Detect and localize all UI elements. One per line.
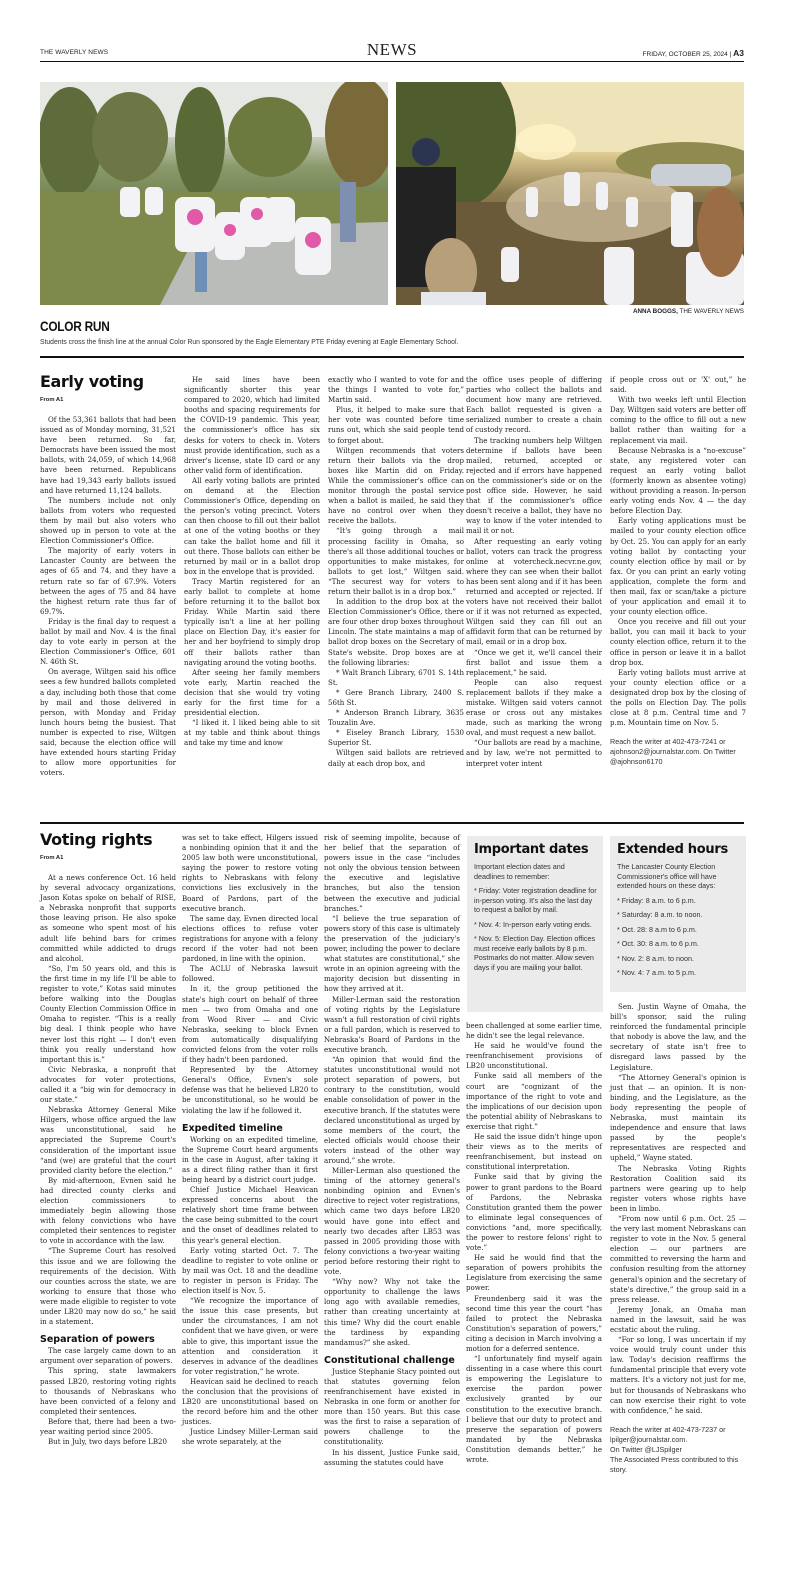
photo-title: COLOR RUN	[40, 319, 110, 334]
author-contact: Reach the writer at 402-473-7241 or ajoh…	[610, 737, 746, 767]
paragraph: Wiltgen said ballots are retrieved daily…	[328, 748, 464, 768]
drop-box-location: * Eiseley Branch Library, 1530 Superior …	[328, 728, 464, 748]
author-twitter: On Twitter @LJSpilger	[610, 1445, 746, 1455]
contribution-note: The Associated Press contributed to this…	[610, 1455, 746, 1475]
paragraph: Working on an expedited timeline, the Su…	[182, 1135, 318, 1185]
extended-hours-list: * Friday: 8 a.m. to 6 p.m. * Saturday: 8…	[617, 896, 740, 978]
paragraph: At a news conference Oct. 16 held by sev…	[40, 873, 176, 964]
paragraph: Justice Stephanie Stacy pointed out that…	[324, 1367, 460, 1448]
voting-rights-jumpline: From A1	[40, 855, 63, 861]
hours-item: * Nov. 4: 7 a.m. to 5 p.m.	[617, 968, 740, 978]
photo-caption: Students cross the finish line at the an…	[40, 337, 458, 346]
paragraph: “The Attorney General's opinion is just …	[610, 1073, 746, 1164]
paragraph: Before that, there had been a two-year w…	[40, 1417, 176, 1437]
hours-item: * Saturday: 8 a.m. to noon.	[617, 910, 740, 920]
voting-rights-column-4: been challenged at some earlier time, he…	[466, 1021, 602, 1465]
paragraph: “So, I'm 50 years old, and this is the f…	[40, 964, 176, 1065]
paragraph: Because Nebraska is a “no-excuse” state,…	[610, 446, 746, 517]
paragraph: Nebraska Attorney General Mike Hilgers, …	[40, 1105, 176, 1176]
paragraph: The majority of early voters in Lancaste…	[40, 546, 176, 617]
paragraph: He said he would've found the reenfranch…	[466, 1041, 602, 1071]
early-voting-column-5: if people cross out or 'X' out,” he said…	[610, 375, 746, 767]
paragraph: “Why now? Why not take the opportunity t…	[324, 1277, 460, 1348]
paragraph: “From now until 6 p.m. Oct. 25 — the ver…	[610, 1214, 746, 1305]
important-dates-title: Important dates	[474, 842, 597, 857]
date-item: * Nov. 5: Election Day. Election offices…	[474, 934, 597, 972]
drop-box-location: * Anderson Branch Library, 3635 Touzalin…	[328, 708, 464, 728]
paragraph: Heavican said he declined to reach the c…	[182, 1377, 318, 1427]
paragraph: Early voting applications must be mailed…	[610, 516, 746, 617]
photographer-name: ANNA BOGGS,	[633, 308, 678, 315]
paragraph: He said the issue didn't hinge upon thei…	[466, 1132, 602, 1172]
important-dates-list: * Friday: Voter registration deadline fo…	[474, 886, 597, 972]
section-divider	[40, 356, 744, 358]
early-voting-headline: Early voting	[40, 372, 144, 391]
paragraph: The case largely came down to an argumen…	[40, 1346, 176, 1366]
subhead-expedited-timeline: Expedited timeline	[182, 1123, 318, 1134]
paragraph: Tracy Martin registered for an early bal…	[184, 577, 320, 668]
voting-rights-column-5: Sen. Justin Wayne of Omaha, the bill's s…	[610, 1002, 746, 1475]
voting-rights-column-1: At a news conference Oct. 16 held by sev…	[40, 873, 176, 1447]
important-dates-box: Important dates Important election dates…	[467, 836, 603, 1012]
voting-rights-column-2: was set to take effect, Hilgers issued a…	[182, 833, 318, 1448]
extended-hours-box: Extended hours The Lancaster County Elec…	[610, 836, 746, 992]
page-date: FRIDAY, OCTOBER 25, 2024 | A3	[643, 48, 744, 58]
section-name: NEWS	[40, 40, 744, 60]
paragraph: Wiltgen recommends that voters return th…	[328, 446, 464, 527]
paragraph: Miller-Lerman also questioned the timing…	[324, 1166, 460, 1277]
paragraph: “We recognize the importance of the issu…	[182, 1296, 318, 1377]
paragraph: was set to take effect, Hilgers issued a…	[182, 833, 318, 914]
paragraph: “I liked it. I liked being able to sit a…	[184, 718, 320, 748]
paragraph: “Our ballots are read by a machine, and …	[466, 738, 602, 768]
date-item: * Nov. 4: In-person early voting ends.	[474, 920, 597, 930]
voting-rights-headline: Voting rights	[40, 830, 152, 849]
paragraph: All early voting ballots are printed on …	[184, 476, 320, 577]
paragraph: Chief Justice Michael Heavican expressed…	[182, 1185, 318, 1246]
paragraph: This spring, state lawmakers passed LB20…	[40, 1366, 176, 1416]
paragraph: “I believe the true separation of powers…	[324, 914, 460, 995]
color-run-photo-left	[40, 82, 388, 305]
page-number: A3	[733, 48, 744, 58]
page-masthead: THE WAVERLY NEWS NEWS FRIDAY, OCTOBER 25…	[40, 40, 744, 62]
voting-rights-column-3: risk of seeming impolite, because of her…	[324, 833, 460, 1468]
paragraph: Funke said that by giving the power to g…	[466, 1172, 602, 1253]
paragraph: In it, the group petitioned the state's …	[182, 984, 318, 1065]
paragraph: Once you receive and fill out your ballo…	[610, 617, 746, 667]
photo-illustration-left	[40, 82, 388, 305]
hours-item: * Oct. 30: 8 a.m. to 6 p.m.	[617, 939, 740, 949]
paragraph: “I unfortunately find myself again disse…	[466, 1354, 602, 1465]
paragraph: After requesting an early voting ballot,…	[466, 537, 602, 648]
early-voting-jumpline: From A1	[40, 397, 63, 403]
paragraph: Funke said all members of the court are …	[466, 1071, 602, 1132]
section-divider	[40, 822, 744, 824]
paragraph: Early voting ballots must arrive at your…	[610, 668, 746, 729]
paragraph: The Nebraska Voting Rights Restoration C…	[610, 1164, 746, 1214]
paragraph: “Once we get it, we'll cancel their firs…	[466, 648, 602, 678]
paragraph: He said he would find that the separatio…	[466, 1253, 602, 1293]
paragraph: The same day, Evnen directed local elect…	[182, 914, 318, 964]
author-contact: Reach the writer at 402-473-7237 or lpil…	[610, 1425, 746, 1445]
paragraph: By mid-afternoon, Evnen said he had dire…	[40, 1176, 176, 1247]
paragraph: Represented by the Attorney General's Of…	[182, 1065, 318, 1115]
important-dates-intro: Important election dates and deadlines t…	[474, 862, 597, 881]
paragraph: “It's going through a mail processing fa…	[328, 526, 464, 597]
paragraph: Civic Nebraska, a nonprofit that advocat…	[40, 1065, 176, 1105]
paragraph: Justice Lindsey Miller-Lerman said she w…	[182, 1427, 318, 1447]
paragraph: if people cross out or 'X' out,” he said…	[610, 375, 746, 395]
paragraph: risk of seeming impolite, because of her…	[324, 833, 460, 914]
paragraph: Freundenberg said it was the second time…	[466, 1294, 602, 1355]
paragraph: “An opinion that would find the statutes…	[324, 1055, 460, 1166]
drop-box-location: * Gere Branch Library, 2400 S. 56th St.	[328, 688, 464, 708]
paragraph: The ACLU of Nebraska lawsuit followed.	[182, 964, 318, 984]
paragraph: Sen. Justin Wayne of Omaha, the bill's s…	[610, 1002, 746, 1073]
hours-item: * Friday: 8 a.m. to 6 p.m.	[617, 896, 740, 906]
paragraph: Miller-Lerman said the restoration of vo…	[324, 995, 460, 1056]
photo-org: THE WAVERLY NEWS	[678, 308, 744, 315]
hours-item: * Oct. 28: 8 a.m to 6 p.m.	[617, 925, 740, 935]
separator: |	[730, 51, 732, 58]
early-voting-column-3: exactly who I wanted to vote for and the…	[328, 375, 464, 769]
paragraph: The numbers include not only ballots fro…	[40, 496, 176, 546]
photo-credit: ANNA BOGGS, THE WAVERLY NEWS	[633, 308, 744, 315]
paragraph: In his dissent, Justice Funke said, assu…	[324, 1448, 460, 1468]
paragraph: He said lines have been significantly sh…	[184, 375, 320, 476]
drop-box-location: * Walt Branch Library, 6701 S. 14th St.	[328, 668, 464, 688]
paragraph: exactly who I wanted to vote for and the…	[328, 375, 464, 405]
paragraph: But in July, two days before LB20	[40, 1437, 176, 1447]
hours-item: * Nov. 2: 8 a.m. to noon.	[617, 954, 740, 964]
paragraph: Plus, it helped to make sure that her vo…	[328, 405, 464, 445]
subhead-separation-of-powers: Separation of powers	[40, 1334, 176, 1345]
paragraph: Friday is the final day to request a bal…	[40, 617, 176, 667]
subhead-constitutional-challenge: Constitutional challenge	[324, 1355, 460, 1366]
photo-illustration-right	[396, 82, 744, 305]
early-voting-column-2: He said lines have been significantly sh…	[184, 375, 320, 748]
paragraph: “For so long, I was uncertain if my voic…	[610, 1335, 746, 1416]
paragraph: On average, Wiltgen said his office sees…	[40, 667, 176, 778]
paragraph: The tracking numbers help Wiltgen determ…	[466, 436, 602, 537]
date-item: * Friday: Voter registration deadline fo…	[474, 886, 597, 915]
paragraph: People can also request replacement ball…	[466, 678, 602, 739]
paragraph: been challenged at some earlier time, he…	[466, 1021, 602, 1041]
paragraph: Early voting started Oct. 7. The deadlin…	[182, 1246, 318, 1296]
paragraph: Jeremy Jonak, an Omaha man named in the …	[610, 1305, 746, 1335]
paragraph: Of the 53,361 ballots that had been issu…	[40, 415, 176, 496]
date-text: FRIDAY, OCTOBER 25, 2024	[643, 51, 728, 58]
paragraph: “The Supreme Court has resolved this iss…	[40, 1246, 176, 1327]
early-voting-column-4: the office uses people of differing part…	[466, 375, 602, 769]
paragraph: After seeing her family members vote ear…	[184, 668, 320, 718]
extended-hours-intro: The Lancaster County Election Commission…	[617, 862, 740, 891]
color-run-photo-right	[396, 82, 744, 305]
extended-hours-title: Extended hours	[617, 842, 740, 857]
paragraph: the office uses people of differing part…	[466, 375, 602, 436]
paragraph: With two weeks left until Election Day, …	[610, 395, 746, 445]
early-voting-column-1: Of the 53,361 ballots that had been issu…	[40, 415, 176, 778]
paragraph: In addition to the drop box at the Elect…	[328, 597, 464, 668]
